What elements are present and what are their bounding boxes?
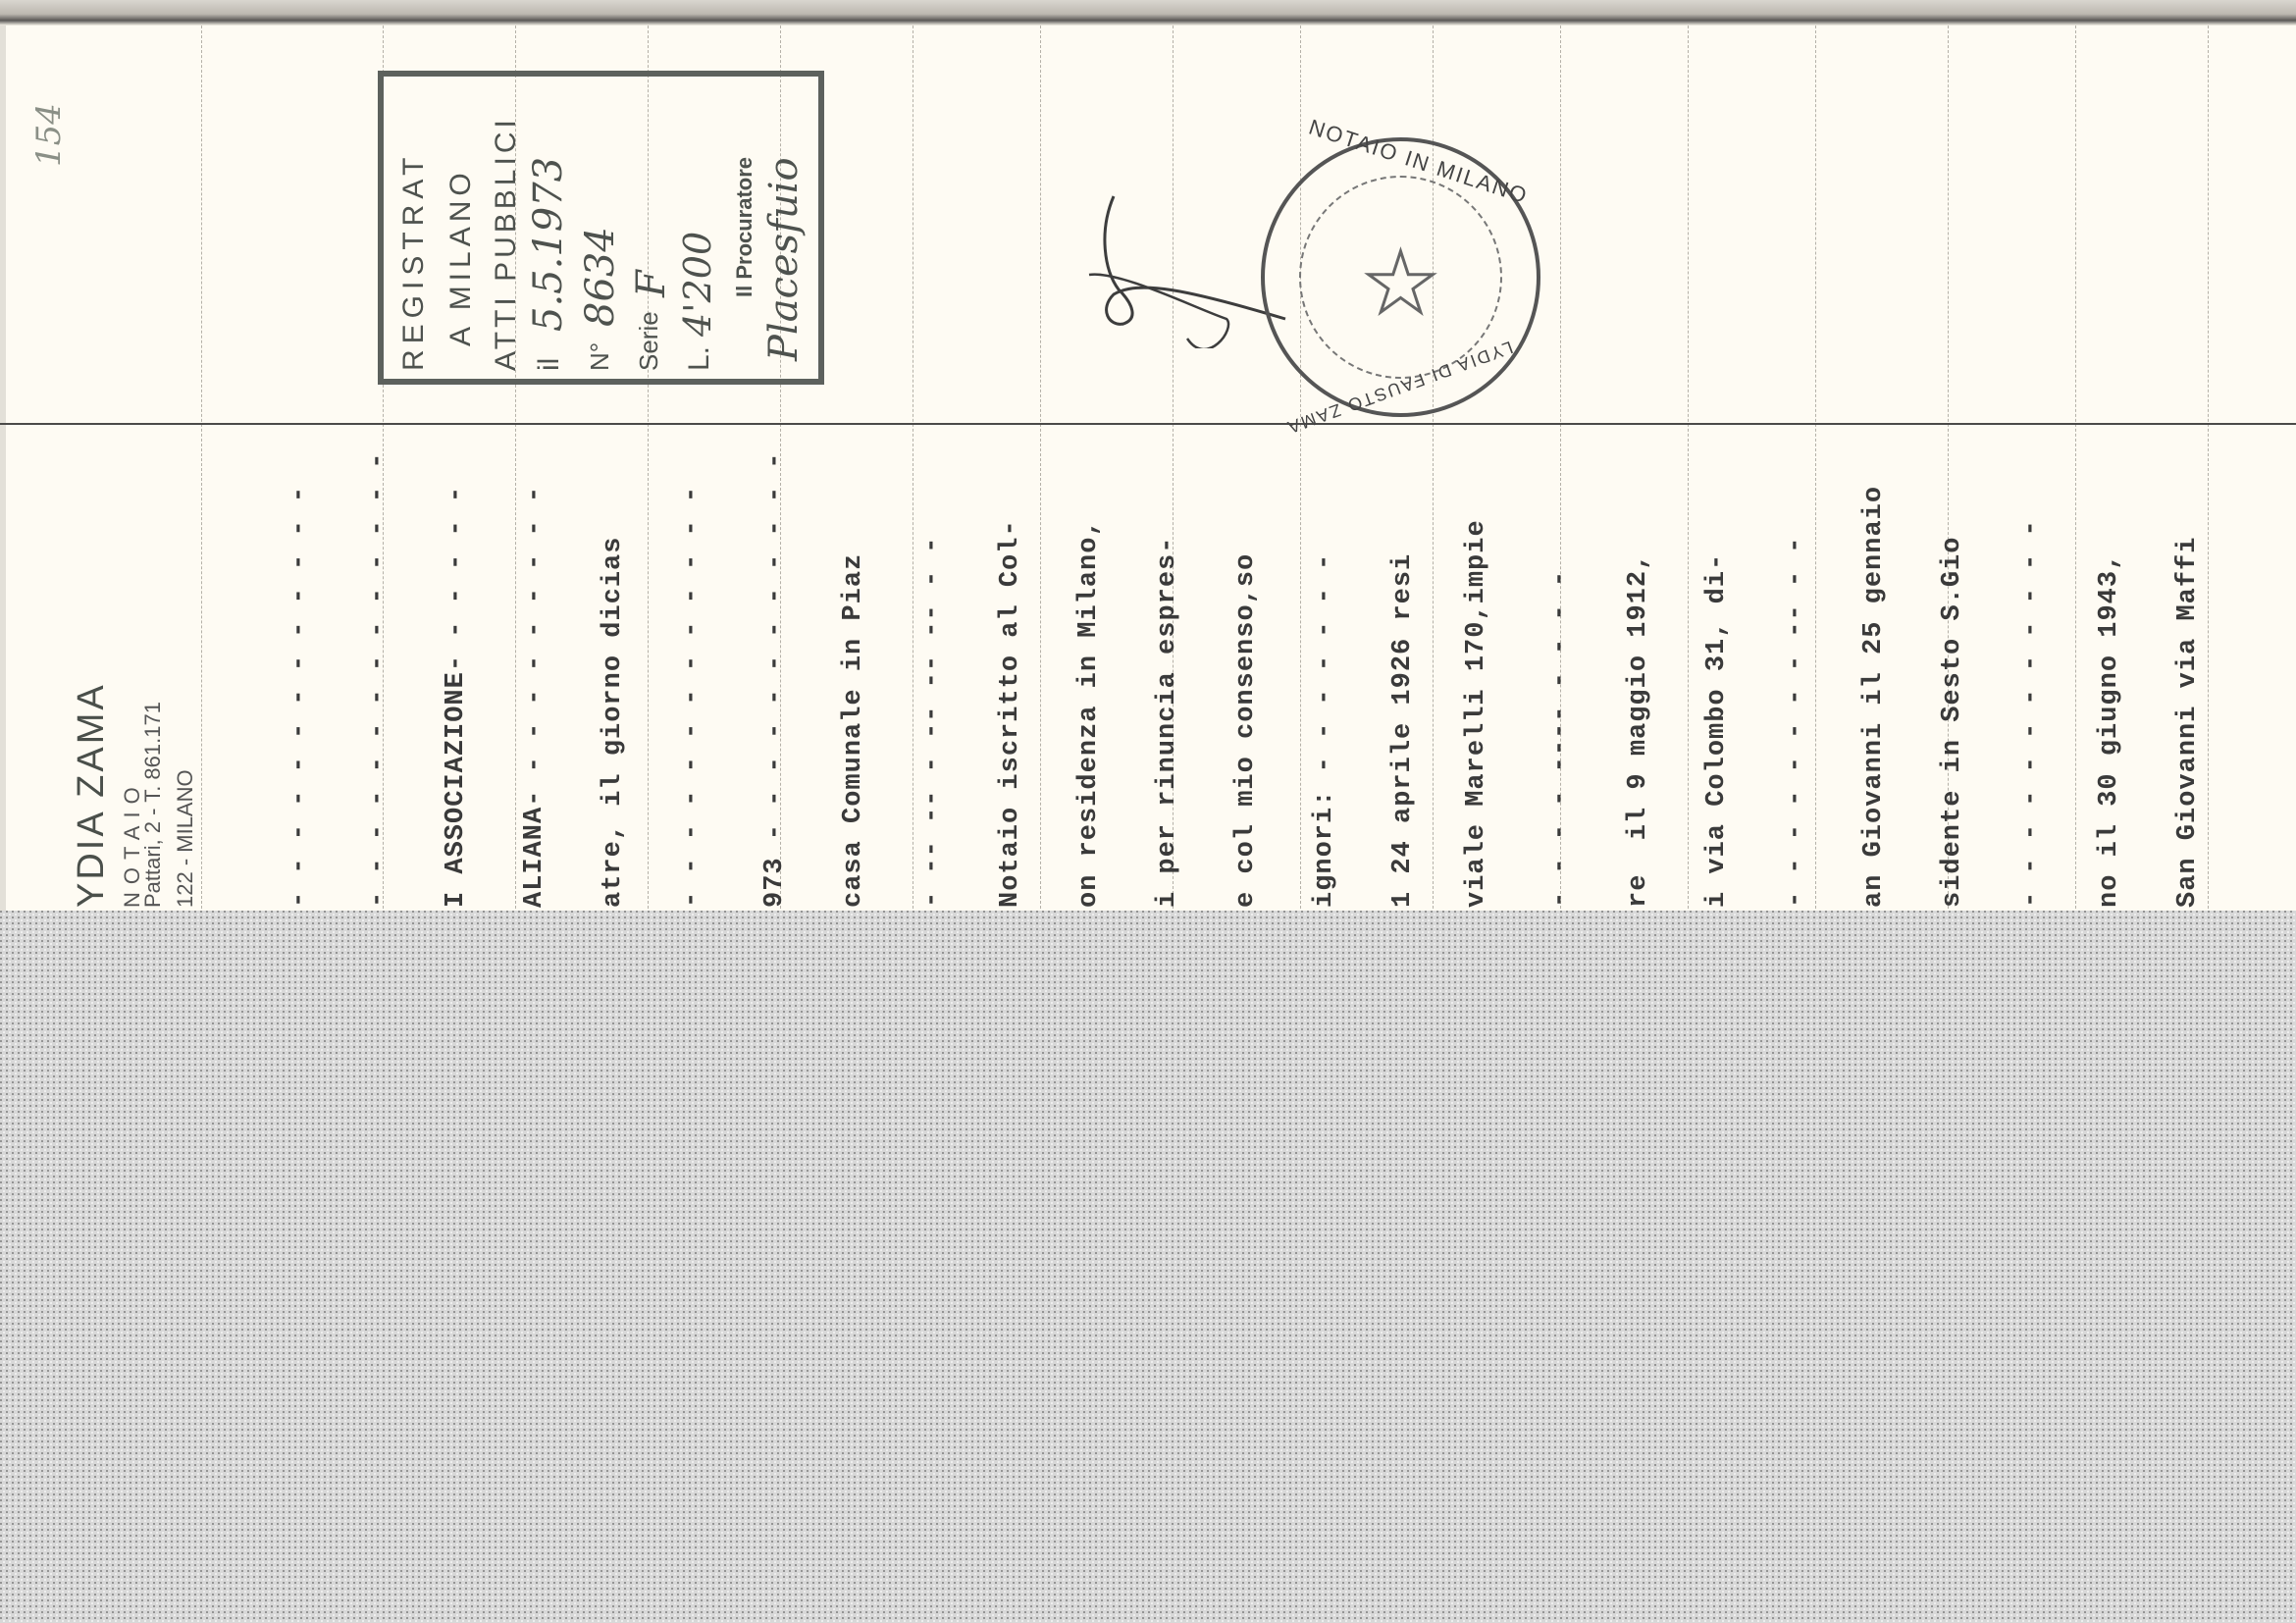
stamp-series-label: Serie bbox=[634, 311, 664, 371]
typed-line: - - - - - - - - - - - - bbox=[2016, 519, 2046, 908]
stamp-series-value: F bbox=[629, 270, 674, 297]
notary-seal: ★ NOTAIO IN MILANO LYDIA DI FAUSTO ZAMA bbox=[1261, 137, 1540, 417]
ruled-line bbox=[201, 26, 202, 909]
fold-margin-line bbox=[0, 423, 2296, 425]
page-number-note: 154 bbox=[29, 103, 69, 167]
stamp-date-label: il bbox=[533, 358, 566, 371]
star-icon: ★ bbox=[1301, 178, 1500, 377]
ruled-line bbox=[1815, 26, 1816, 909]
stamp-fee-label: L. bbox=[683, 346, 716, 371]
typed-line: - -- -- - -- -- -- - - bbox=[917, 537, 947, 908]
stamp-fee-value: 4'200 bbox=[676, 232, 719, 337]
registration-stamp: REGISTRAT A MILANO ATTI PUBBLICI il 5.5.… bbox=[378, 71, 824, 385]
ruled-line bbox=[2075, 26, 2076, 909]
stamp-date-value: 5.5.1973 bbox=[526, 157, 571, 332]
typed-line: i per rinuncia espres- bbox=[1153, 537, 1182, 908]
scan-top-edge bbox=[0, 0, 2296, 26]
typed-line: - - - - - - - - - - - - - - bbox=[363, 452, 392, 908]
ruled-line bbox=[2208, 26, 2209, 909]
scan-left-edge bbox=[0, 26, 6, 918]
typed-line: an Giovanni il 25 gennaio bbox=[1859, 486, 1889, 908]
typed-line: e col mio consenso,so bbox=[1231, 553, 1261, 908]
stamp-line-registrato: REGISTRAT bbox=[397, 152, 431, 371]
typed-line: ignori: - - - - - - - bbox=[1310, 553, 1339, 908]
seal-emblem: ★ bbox=[1299, 176, 1502, 379]
letterhead-address: Pattari, 2 - T. 861.171 bbox=[140, 702, 166, 908]
typed-line: no il 30 giugno 1943, bbox=[2095, 553, 2124, 908]
typed-line: San Giovanni via Maffi bbox=[2173, 537, 2203, 908]
typed-line: ALIANA- - - - - - - - - - bbox=[520, 486, 549, 908]
stamp-line-atti-pubblici: ATTI PUBBLICI bbox=[490, 116, 523, 371]
typed-line: - - - - - - - - -- - - bbox=[1781, 537, 1810, 908]
ruled-line bbox=[1688, 26, 1689, 909]
stamp-officer-label: Il Procuratore bbox=[732, 157, 757, 297]
letterhead-city: 122 - MILANO bbox=[173, 769, 198, 908]
typed-line: sidente in Sesto S.Gio bbox=[1938, 537, 1967, 908]
typed-line: re il 9 maggio 1912, bbox=[1624, 553, 1653, 908]
stamp-line-milano: A MILANO bbox=[444, 168, 478, 346]
typed-line: - - - - - - - - - - - - - bbox=[677, 486, 706, 908]
typed-line: 1 24 aprile 1926 resi bbox=[1388, 553, 1418, 908]
typed-line: - - - - ---- - - - - bbox=[1545, 570, 1575, 908]
typed-line: casa Comunale in Piaz bbox=[839, 553, 868, 908]
stamp-officer-signature: Placesfuio bbox=[761, 157, 807, 361]
typed-line: i via Colombo 31, di- bbox=[1702, 553, 1732, 908]
stamp-number-label: N° bbox=[585, 342, 615, 371]
typed-line: - - - - - - - - - - - - - bbox=[285, 486, 314, 908]
typed-line: Notaio iscritto al Col- bbox=[996, 519, 1025, 908]
redacted-region bbox=[0, 911, 2296, 1623]
stamp-number-value: 8634 bbox=[578, 227, 623, 327]
typed-line: atre, il giorno dicias bbox=[599, 537, 628, 908]
letterhead-name: YDIA ZAMA bbox=[71, 682, 113, 908]
typed-line: I ASSOCIAZIONE- - - - - - bbox=[442, 486, 471, 908]
scanned-document-page: 154 YDIA ZAMA NOTAIO Pattari, 2 - T. 861… bbox=[0, 0, 2296, 1623]
ruled-line bbox=[1040, 26, 1041, 909]
typed-line: 973 - - - - - - - - - - - - bbox=[760, 452, 790, 908]
ruled-line bbox=[913, 26, 913, 909]
ruled-line bbox=[1300, 26, 1301, 909]
typed-line: on residenza in Milano, bbox=[1074, 519, 1104, 908]
typed-line: viale Marelli 170,impie bbox=[1462, 519, 1491, 908]
